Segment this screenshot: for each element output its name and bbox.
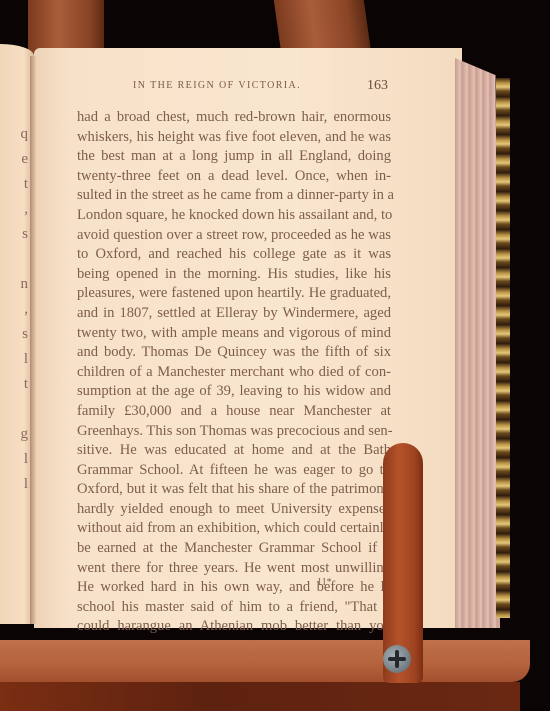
text-line: twenty-three feet on a dead level. Once,… [77, 167, 391, 187]
text-line: to Oxford, and reached his college gate … [77, 245, 391, 265]
book-gutter [30, 56, 36, 624]
text-line: Oxford, but it was felt that his share o… [77, 480, 391, 500]
page-body-text: had a broad chest, much red-brown hair, … [77, 108, 391, 696]
text-line: and in 1807, settled at Elleray by Winde… [77, 304, 391, 324]
left-line-ending [21, 397, 29, 422]
left-line-ending: s [21, 222, 29, 247]
text-line: twenty two, with ample means and vigorou… [77, 324, 391, 344]
left-line-ending: g [21, 422, 29, 447]
left-line-ending: n [21, 272, 29, 297]
text-line: pleasures, were fastened upon heartily. … [77, 284, 391, 304]
left-line-ending: q [21, 122, 29, 147]
text-line: sumption at the age of 39, leaving to hi… [77, 382, 391, 402]
left-line-ending: l [21, 347, 29, 372]
signature-mark: 11* [317, 577, 332, 588]
text-line: and body. Thomas De Quincey was the fift… [77, 343, 391, 363]
text-line: children of a Manchester merchant who di… [77, 363, 391, 383]
text-line: school his master said of him to a frien… [77, 598, 391, 618]
gilt-spine-decoration [496, 78, 510, 618]
running-head: IN THE REIGN OF VICTORIA. [133, 80, 301, 91]
left-line-ending: t [21, 372, 29, 397]
text-line: sitive. He was educated at home and at t… [77, 441, 391, 461]
text-line: hardly yielded enough to meet University… [77, 500, 391, 520]
text-line: being opened in the morning. His studies… [77, 265, 391, 285]
text-line: avoid question over a street row, procee… [77, 226, 391, 246]
left-line-ending: l [21, 447, 29, 472]
text-line: the best man at a long jump in all Engla… [77, 147, 391, 167]
text-line: could harangue an Athenian mob better th… [77, 617, 391, 637]
text-line: had a broad chest, much red-brown hair, … [77, 108, 391, 128]
text-line: sulted in the street as he came from a d… [77, 186, 391, 206]
left-line-ending: l [21, 472, 29, 497]
left-line-ending: , [21, 297, 29, 322]
left-line-ending: s [21, 322, 29, 347]
text-line: Greenhays. This son Thomas was precociou… [77, 422, 391, 442]
text-line: London square, he knocked down his assai… [77, 206, 391, 226]
text-line: He worked hard in his own way, and befor… [77, 578, 391, 598]
left-line-ending: e [21, 147, 29, 172]
left-line-ending [21, 247, 29, 272]
left-line-ending: t [21, 172, 29, 197]
text-line: Grammar School. At fifteen he was eager … [77, 461, 391, 481]
left-page: qet,s n,slt gll [0, 44, 34, 624]
text-line: went there for three years. He went most… [77, 559, 391, 579]
left-page-line-endings: qet,s n,slt gll [21, 122, 29, 497]
text-line: family £30,000 and a house near Manchest… [77, 402, 391, 422]
text-line: be earned at the Manchester Grammar Scho… [77, 539, 391, 559]
left-line-ending: , [21, 197, 29, 222]
text-line: without aid from an exhibition, which co… [77, 519, 391, 539]
screw-icon [383, 645, 411, 673]
page-edges [455, 58, 500, 628]
page-number: 163 [367, 78, 388, 94]
stand-shelf [0, 640, 530, 682]
stand-shelf-front [0, 682, 520, 711]
text-line: whiskers, his height was five foot eleve… [77, 128, 391, 148]
